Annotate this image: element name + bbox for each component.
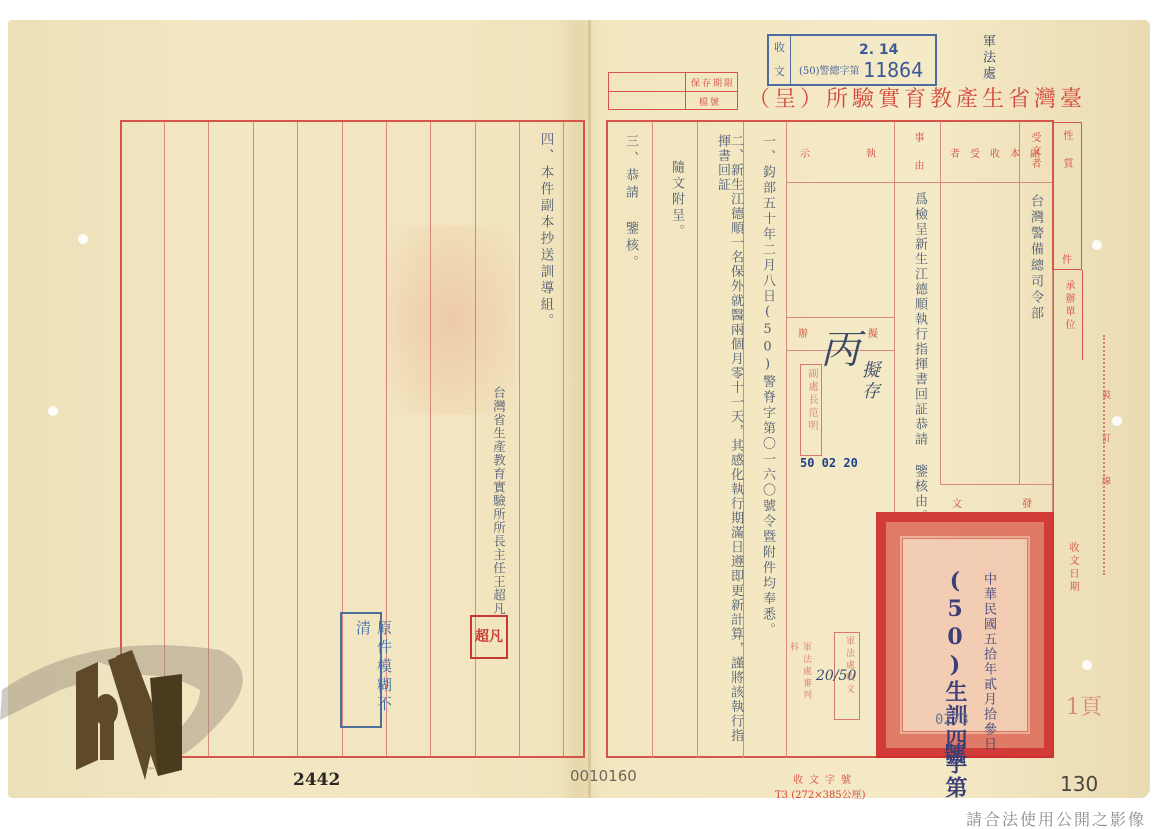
review-date: 50 02 20 xyxy=(800,456,858,470)
registry-date: 中華民國五拾年貳月拾參日 xyxy=(982,572,995,752)
receipt-serial-prefix: (50)警總字第 xyxy=(799,62,860,77)
registry-suffix: 號 xyxy=(944,738,966,769)
cc-label: 副本收受者 xyxy=(950,150,1050,160)
retention-label: 保存期限 xyxy=(691,76,735,89)
drafting-label: 擬辦 xyxy=(798,330,938,340)
receipt-stamp: 收 文 2. 14 (50)警總字第 11864 xyxy=(767,34,937,86)
page-number: 2442 xyxy=(293,770,340,790)
form-code: T3 (272×385公厘) xyxy=(775,786,866,801)
punch-hole xyxy=(1092,240,1102,250)
subject-label: 事由 xyxy=(912,132,922,188)
body-item-3: 三、恭請 鑒核。 xyxy=(624,134,637,272)
retention-file-box: 保存期限 檔號 xyxy=(608,72,738,110)
handwritten-approval: 擬存 xyxy=(856,360,882,402)
receipt-number-label: 收文字號 xyxy=(793,771,857,786)
receipt-date-label: 收文日期 xyxy=(1067,542,1077,594)
body-item-2-cont: 隨文附呈。 xyxy=(670,160,683,240)
handling-unit-label: 承辦單位 xyxy=(1063,280,1073,332)
small-seal-court: 軍法處審判科 xyxy=(793,640,815,710)
archive-logo-icon xyxy=(0,630,250,790)
nature-label: 性質 xyxy=(1061,130,1071,186)
file-no-label: 檔號 xyxy=(699,95,721,108)
punch-hole xyxy=(48,406,58,416)
handwritten-mark: 1頁 xyxy=(1066,690,1102,721)
body-item-2: 二、新生江德順一名保外就醫兩個月零十一天，其感化執行期滿日遵即更新計算，謹將該執… xyxy=(716,134,742,754)
handwritten-page-count: 130 xyxy=(1060,772,1098,796)
binding-dotted-line xyxy=(1103,335,1105,575)
review-stamp: 副處長范明 xyxy=(800,364,822,456)
punch-hole xyxy=(78,234,88,244)
receipt-serial-number: 11864 xyxy=(863,58,923,82)
center-fold xyxy=(588,20,591,798)
subject-value: 爲檢呈新生江德順執行指揮書回証恭請 鑒核由。 xyxy=(913,192,926,524)
illegible-note: 原件模糊不清 xyxy=(340,612,382,728)
handwritten-signature: 丙 xyxy=(820,318,860,375)
instruction-label: 執示 xyxy=(800,150,932,160)
handwritten-reference: 0010160 xyxy=(570,767,637,785)
receipt-date: 2. 14 xyxy=(859,42,898,58)
signatory: 台灣省生產教育實驗所所長主任王超凡 xyxy=(492,386,505,616)
document-title: 臺灣省生產教育實驗所（呈） xyxy=(748,82,1086,113)
body-item-4: 四、本件副本抄送訓導組。 xyxy=(538,132,552,330)
confidential-mark: 軍法處 xyxy=(978,34,997,82)
personal-seal: 超凡 xyxy=(470,615,508,659)
seal-handwriting: 20/50 xyxy=(816,668,856,684)
punch-hole xyxy=(1082,660,1092,670)
nature-suffix: 件 xyxy=(1062,256,1072,266)
body-item-1: 一、鈞部五十年二月八日(50)警脊字第〇一六〇號令暨附件均奉悉。 xyxy=(761,134,774,638)
usage-watermark: 請合法使用公開之影像 xyxy=(966,807,1146,829)
punch-hole xyxy=(1112,416,1122,426)
dispatch-label: 發文 xyxy=(952,500,1092,510)
recipient-value: 台灣警備總司令部 xyxy=(1029,194,1042,322)
registry-serial: 0273 xyxy=(935,712,969,728)
